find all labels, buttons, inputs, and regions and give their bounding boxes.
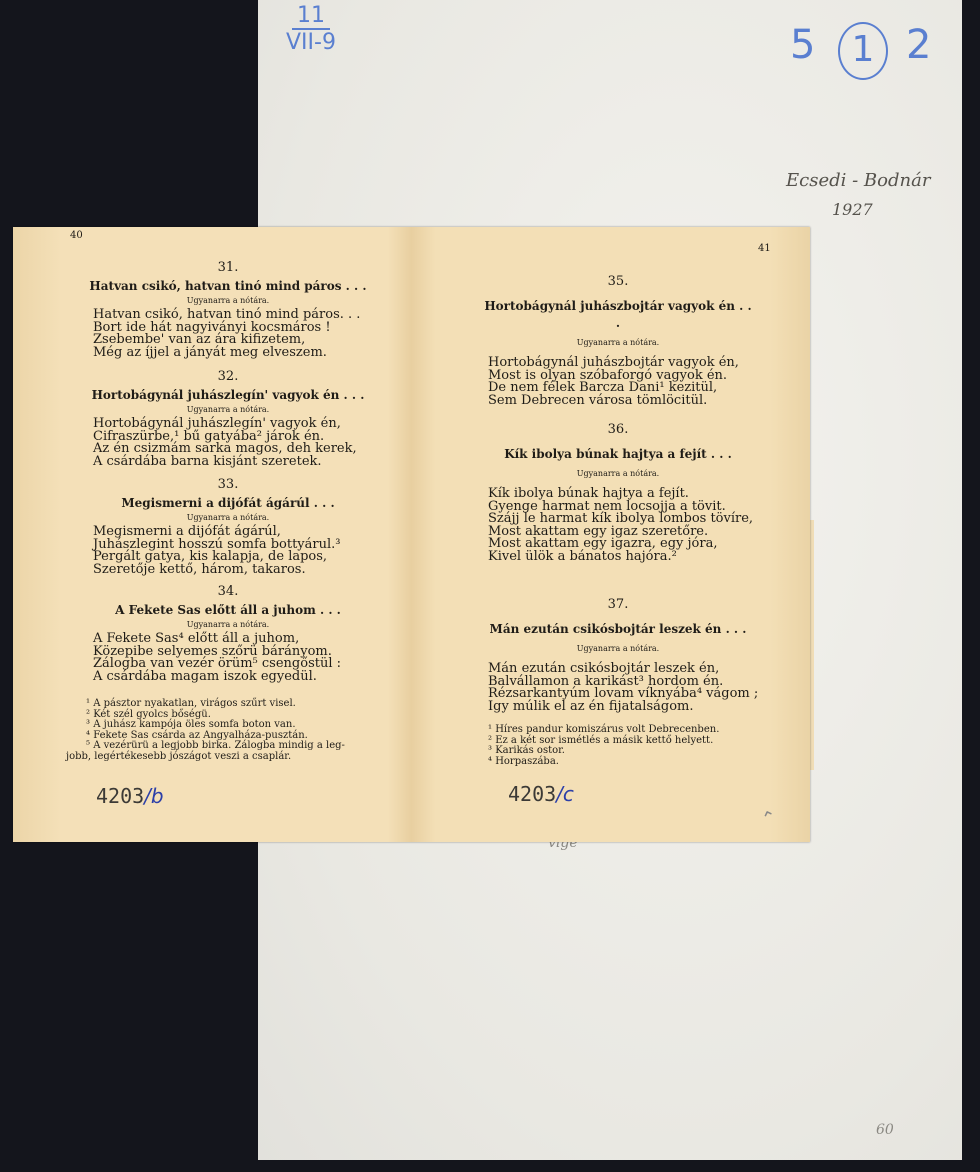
song-tune-note: Ugyanarra a nótára.: [83, 295, 373, 306]
fraction-denominator: VII-9: [286, 30, 336, 55]
handwritten-fraction-note: 11 VII-9: [286, 6, 336, 53]
song-tune-note: Ugyanarra a nótára.: [83, 404, 373, 415]
song-title: Kík ibolya búnak hajtya a fejít . . .: [483, 446, 753, 463]
footnote: ¹ A pásztor nyakatlan, virágos szűrt vis…: [86, 699, 345, 710]
song-lyrics: Hortobágynál juhászlegín' vagyok én,Cifr…: [83, 418, 373, 468]
inventory-stamp: 4203/b: [96, 784, 164, 808]
song-tune-note: Ugyanarra a nótára.: [483, 468, 753, 479]
handwritten-number: 5: [790, 22, 815, 68]
song-35: 35.Hortobágynál juhászbojtár vagyok én .…: [483, 274, 753, 407]
lyric-line: Sem Debrecen városa tömlöcitül.: [488, 395, 753, 408]
footnote: ⁵ A vezérürü a legjobb birka. Zálogba mi…: [86, 741, 345, 752]
handwritten-number: 2: [906, 22, 931, 68]
song-title: Mán ezután csikósbojtár leszek én . . .: [483, 621, 753, 638]
footnote: ³ A juhász kampója öles somfa boton van.: [86, 720, 345, 731]
lyric-line: Igy múlik el az én fijatalságom.: [488, 701, 753, 714]
song-lyrics: Kík ibolya búnak hajtya a fejít.Gyenge h…: [483, 488, 753, 564]
footnote: ³ Karikás ostor.: [488, 746, 719, 757]
song-lyrics: A Fekete Sas⁴ előtt áll a juhom,Közepibe…: [83, 633, 373, 683]
lyric-line: A csárdába magam iszok egyedül.: [93, 671, 373, 684]
song-36: 36.Kík ibolya búnak hajtya a fejít . . .…: [483, 422, 753, 564]
song-title: Hortobágynál juhászlegín' vagyok én . . …: [83, 387, 373, 404]
lyric-line: Kivel ülök a bánatos hajóra.²: [488, 551, 753, 564]
song-title: Hortobágynál juhászbojtár vagyok én . . …: [483, 298, 753, 332]
lyric-line: Szeretője kettő, három, takaros.: [93, 564, 373, 577]
song-lyrics: Hortobágynál juhászbojtár vagyok én,Most…: [483, 357, 753, 407]
song-tune-note: Ugyanarra a nótára.: [483, 643, 753, 654]
footnote: ⁴ Horpaszába.: [488, 757, 719, 768]
page-number: 40: [70, 230, 83, 241]
lyric-line: A csárdába barna kisjánt szeretek.: [93, 456, 373, 469]
footnotes: ¹ A pásztor nyakatlan, virágos szűrt vis…: [86, 699, 345, 762]
song-lyrics: Mán ezután csikósbojtár leszek én,Balvál…: [483, 663, 753, 713]
song-number: 33.: [83, 477, 373, 493]
song-number: 36.: [483, 422, 753, 438]
song-34: 34.A Fekete Sas előtt áll a juhom . . .U…: [83, 584, 373, 683]
song-number: 35.: [483, 274, 753, 290]
inventory-stamp: 4203/c: [508, 782, 574, 806]
footnote: jobb, legértékesebb jószágot veszi a csa…: [66, 752, 345, 763]
song-lyrics: Megismerni a dijófát ágárúl,Juhászlegint…: [83, 526, 373, 576]
song-32: 32.Hortobágynál juhászlegín' vagyok én .…: [83, 369, 373, 468]
song-number: 34.: [83, 584, 373, 600]
footnote: ¹ Híres pandur komiszárus volt Debrecenb…: [488, 725, 719, 736]
song-tune-note: Ugyanarra a nótára.: [83, 619, 373, 630]
song-number: 32.: [83, 369, 373, 385]
corner-pencil-note: 60: [876, 1122, 894, 1138]
fraction-numerator: 11: [297, 3, 325, 28]
handwritten-circled-number: 1: [838, 22, 888, 80]
song-title: Megismerni a dijófát ágárúl . . .: [83, 495, 373, 512]
song-title: Hatvan csikó, hatvan tinó mind páros . .…: [83, 278, 373, 295]
song-lyrics: Hatvan csikó, hatvan tinó mind páros. . …: [83, 309, 373, 359]
song-number: 31.: [83, 260, 373, 276]
song-tune-note: Ugyanarra a nótára.: [483, 337, 753, 348]
handwritten-author: Ecsedi - Bodnár: [786, 170, 930, 191]
book-spread: 40 31.Hatvan csikó, hatvan tinó mind pár…: [13, 227, 810, 842]
song-tune-note: Ugyanarra a nótára.: [83, 512, 373, 523]
handwritten-year: 1927: [832, 200, 873, 219]
footnotes: ¹ Híres pandur komiszárus volt Debrecenb…: [488, 725, 719, 767]
song-title: A Fekete Sas előtt áll a juhom . . .: [83, 602, 373, 619]
page-number: 41: [758, 243, 771, 254]
song-31: 31.Hatvan csikó, hatvan tinó mind páros …: [83, 260, 373, 359]
song-number: 37.: [483, 597, 753, 613]
lyric-line: Még az íjjel a jányát meg elveszem.: [93, 347, 373, 360]
song-37: 37.Mán ezután csikósbojtár leszek én . .…: [483, 597, 753, 713]
song-33: 33.Megismerni a dijófát ágárúl . . .Ugya…: [83, 477, 373, 576]
